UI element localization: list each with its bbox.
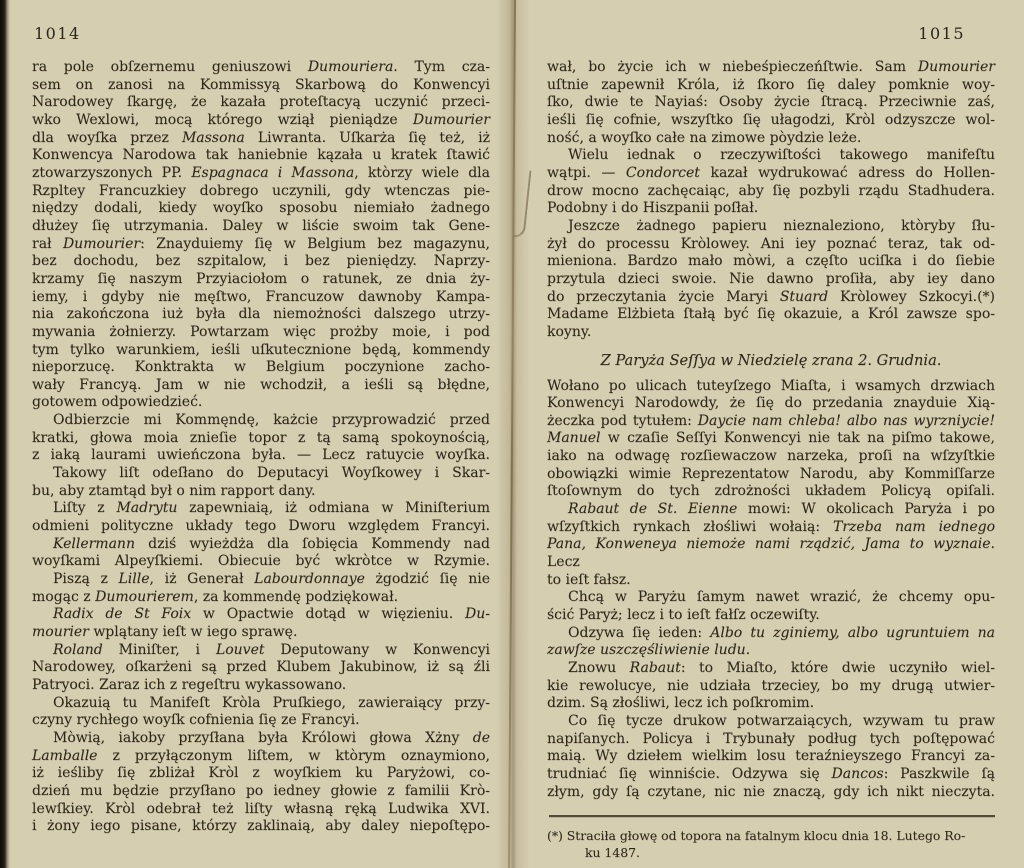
text: tym tylko warunkiem, ieśli uſkutecznione…: [32, 342, 490, 358]
text-line: wątpi. — Condorcet kazał wydrukować adre…: [547, 165, 995, 183]
text: napiſanych. Policya i Trybunały podług t…: [547, 731, 995, 747]
text: z iaką laurami uwieńczona była. — Lecz r…: [32, 447, 490, 463]
text: nia zakończona iuż była dla niemożności …: [32, 306, 490, 322]
text-line: Manuel w czaſie Seſſyi Konwencyi nie tak…: [547, 430, 995, 448]
text-line: Konwencya Narodowa tak haniebnie kązała …: [32, 147, 490, 165]
text-line: ztowarzyszonych PP. Espagnaca i Massona,…: [32, 165, 490, 183]
text-line: wały Francyą. Jam w nie wchodził, a ieśl…: [32, 377, 490, 395]
text: ieśli ſię cofnie, wszyſtko ſię ułagodzi,…: [547, 112, 995, 128]
text-line: Patryoci. Zaraz ich z regeſtru wykassowa…: [32, 677, 490, 695]
italic-text: Madrytu: [116, 500, 177, 516]
text-line: tym tylko warunkiem, ieśli uſkutecznione…: [32, 342, 490, 360]
text: dzim. Są złośliwi, lecz ich poſkromim.: [547, 695, 814, 711]
italic-text: Massona: [182, 130, 245, 146]
text: to ieſt fałsz.: [547, 572, 631, 588]
text: uſtnie zapewnił Króla, iż ſkoro ſię dale…: [547, 77, 995, 93]
text-line: dzień mu będzie przyſłano po iedney głow…: [32, 783, 490, 801]
paragraph: ra pole obſzernemu geniuszowi Dumouriera…: [32, 59, 490, 412]
text-line: Lamballe z przyłączonym liſtem, w ktòrym…: [32, 748, 490, 766]
text-line: ieśli ſię cofnie, wszyſtko ſię ułagodzi,…: [547, 112, 995, 130]
text: dla woyſka przez: [32, 130, 182, 146]
footnote: (*) Straciła głowę od topora na fatalnym…: [547, 828, 995, 862]
text: Wołano po ulicach tuteyſzego Miaſta, i w…: [547, 378, 995, 394]
text: Mòwią, iakoby przyſłana była Królowi gło…: [53, 730, 473, 746]
text: w Opactwie dotąd w więzieniu.: [191, 606, 465, 622]
italic-text: zawſze uszczęśliwienie ludu.: [547, 642, 750, 658]
italic-text: Albo tu zginiemy, albo ugruntuiem na: [710, 625, 995, 641]
text: Narodowey, oſkarżeni są przed Klubem Jak…: [32, 659, 490, 675]
text: Liwranta. Uſkarża ſię też, iż: [245, 130, 490, 146]
paragraph: Wołano po ulicach tuteyſzego Miaſta, i w…: [547, 378, 995, 502]
text: woyſkami Alpeyſkiemi. Obiecuie być wkròt…: [32, 553, 490, 569]
text: mieniona. Bardzo mało mòwi, a częſto uci…: [547, 253, 995, 269]
paragraph: Piszą z Lille, iż Generał Labourdonnaye …: [32, 571, 490, 606]
text: kie rewolucye, nie udziała trzeciey, bo …: [547, 678, 995, 694]
text-line: maią. Wy dziełem wielkim losu teraźnieys…: [547, 748, 995, 766]
text: dziś wyieżdża dla ſobięcia Kommendy nad: [135, 536, 490, 552]
text: bez dochodu, bez szpitalow, i bez pienię…: [32, 253, 490, 269]
text-line: kratki, głowa moia znieſie topor z tą sa…: [32, 430, 490, 448]
text: iako na odwagę rozſiewaczow narzeka, pro…: [547, 448, 995, 464]
text-line: ſtoſownym do tych zdrożności układem Pol…: [547, 483, 995, 501]
right-page: 1015 wał, bo życie ich w niebeśpieczeńſt…: [547, 0, 995, 868]
text-line: iemy, i gdyby nie męſtwo, Francuzow dawn…: [32, 289, 490, 307]
text-line: sem on zanosi na Kommissyą Skarbową do K…: [32, 77, 490, 95]
text: odmieni polityczne układy tego Dworu wzg…: [32, 518, 490, 534]
text: (*) Straciła głowę od topora na fatalnym…: [547, 828, 965, 843]
text-line: obowiązki wimie Reprezentatow Narodu, ab…: [547, 466, 995, 484]
text: Takowy liſt odeſłano do Deputacyi Woyſko…: [53, 465, 490, 481]
paragraph: Odbierzcie mi Kommęndę, każcie przyprowa…: [32, 412, 490, 465]
text-line: bu, aby ztamtąd był o nim rapport dany.: [32, 483, 490, 501]
text: ność, a woyſko całe na zimowe pòydzie le…: [547, 130, 861, 146]
text-line: mogąc z Dumourierem, za kommendę podzięk…: [32, 589, 490, 607]
text: i żony iego pisane, którzy zaklinaią, ab…: [32, 818, 490, 834]
text-line: bez dochodu, bez szpitalow, i bez pienię…: [32, 253, 490, 271]
text-line: to ieſt fałsz.: [547, 572, 995, 590]
text-line: niędzy dodali, kiedy woyſko sposobu niem…: [32, 200, 490, 218]
italic-text: Dumourier: [918, 59, 995, 75]
text: ścić Paryż; lecz i to ieſt fałſz oczewiſ…: [547, 607, 820, 623]
text: Co ſię tycze drukow potwarzaiących, wzyw…: [568, 713, 995, 729]
text: lewſkiey. Kròl odebrał też liſty własną …: [32, 801, 490, 817]
page-text-left: ra pole obſzernemu geniuszowi Dumouriera…: [32, 59, 490, 836]
italic-text: Pana, Konweneya niemoże nami rządzić, Ja…: [547, 536, 995, 552]
italic-text: Kellermann: [53, 536, 135, 552]
text: ſko, dwie te Nayiaś: Osoby życie ſtracą.…: [547, 94, 995, 110]
text-line: i żony iego pisane, którzy zaklinaią, ab…: [32, 818, 490, 836]
text-line: Rzpltey Francuzkiey dobrego uczynili, gd…: [32, 183, 490, 201]
text-line: dłużey ſię utrzymania. Daley w liście sw…: [32, 218, 490, 236]
paragraph: Rabaut de St. Eienne mowi: W okolicach P…: [547, 501, 995, 589]
text: złym, gdy ſą czytane, nic nie znaczą, gd…: [547, 784, 995, 800]
text: Rzpltey Francuzkiey dobrego uczynili, gd…: [32, 183, 490, 199]
text: wały Francyą. Jam w nie wchodził, a ieśl…: [32, 377, 490, 393]
text: Piszą z: [53, 571, 119, 587]
text: iemy, i gdyby nie męſtwo, Francuzow dawn…: [32, 289, 490, 305]
text-line: Co ſię tycze drukow potwarzaiących, wzyw…: [547, 713, 995, 731]
text-line: czyny rychłego woyſk cofnienia ſię ze Fr…: [32, 712, 490, 730]
text: wplątany ieſt w iego sprawę.: [89, 624, 298, 640]
text-line: złym, gdy ſą czytane, nic nie znaczą, gd…: [547, 784, 995, 802]
paragraph: Mòwią, iakoby przyſłana była Królowi gło…: [32, 730, 490, 836]
text-line: Kellermann dziś wyieżdża dla ſobięcia Ko…: [32, 536, 490, 554]
text-line: drow mocno zachęcaiąc, aby ſię pozbyli r…: [547, 183, 995, 201]
text-line: lewſkiey. Kròl odebrał też liſty własną …: [32, 801, 490, 819]
text-line: rał Dumourier: Znayduiemy ſię w Belgium …: [32, 236, 490, 254]
italic-text: Condorcet: [626, 165, 700, 181]
text-line: Okazuią tu Manifeſt Kròla Pruſkiego, zaw…: [32, 695, 490, 713]
text-line: (*) Straciła głowę od topora na fatalnym…: [547, 828, 995, 845]
text: Chcą w Paryżu ſamym nawet wrazić, że chc…: [568, 589, 995, 605]
text: kratki, głowa moia znieſie topor z tą sa…: [32, 430, 490, 446]
text-line: zawſze uszczęśliwienie ludu.: [547, 642, 995, 660]
text: gotowem odpowiedzieć.: [32, 394, 202, 410]
text-line: woyſkami Alpeyſkiemi. Obiecuie być wkròt…: [32, 553, 490, 571]
text-line: Konwencyi Narodowdy, że ſię do przedania…: [547, 395, 995, 413]
text: rał: [32, 236, 63, 252]
paragraph: Roland Miniſter, i Louvet Deputowany w K…: [32, 642, 490, 695]
text-line: Wielu iednak o rzeczywiſtości takowego m…: [547, 147, 995, 165]
text: żył do processu Kròlowey. Ani iey poznać…: [547, 236, 995, 252]
text: bu, aby ztamtąd był o nim rapport dany.: [32, 483, 316, 499]
text: ku 1487.: [585, 845, 640, 860]
text: kazał wydrukować adress do Hollen-: [700, 165, 995, 181]
text: z przyłączonym liſtem, w ktòrym oznaymio…: [97, 748, 490, 764]
text: Liſty z: [53, 500, 116, 516]
text-line: żył do processu Kròlowey. Ani iey poznać…: [547, 236, 995, 254]
text-line: Narodowey, oſkarżeni są przed Klubem Jak…: [32, 659, 490, 677]
text: sem on zanosi na Kommissyą Skarbową do K…: [32, 77, 490, 93]
text: maią. Wy dziełem wielkim losu teraźnieys…: [547, 748, 995, 764]
italic-text: Daycie nam chleba! albo nas wyrzniycie!: [698, 413, 995, 429]
text-line: wał, bo życie ich w niebeśpieczeńſtwie. …: [547, 59, 995, 77]
text-line: napiſanych. Policya i Trybunały podług t…: [547, 731, 995, 749]
scan-edge-shadow: [0, 0, 10, 868]
text: Kròlowey Szkocyi.(*): [828, 289, 995, 305]
italic-text: Labourdonnaye: [254, 571, 365, 587]
text: Miniſter, i: [103, 642, 216, 658]
text: wał, bo życie ich w niebeśpieczeńſtwie. …: [547, 59, 918, 75]
paragraph: Okazuią tu Manifeſt Kròla Pruſkiego, zaw…: [32, 695, 490, 730]
italic-text: Rabaut: [630, 660, 681, 676]
text: czyny rychłego woyſk cofnienia ſię ze Fr…: [32, 712, 360, 728]
page-number-right: 1015: [547, 24, 965, 43]
text-line: Znowu Rabaut: to Miaſto, które dwie uczy…: [547, 660, 995, 678]
text: trudniać ſię winniście. Odzywa się: [547, 766, 832, 782]
text: : Znayduiemy ſię w Belgium bez magazynu,: [140, 236, 490, 252]
italic-text: Dumourier: [413, 112, 490, 128]
text-line: Roland Miniſter, i Louvet Deputowany w K…: [32, 642, 490, 660]
text-line: nia zakończona iuż była dla niemożności …: [32, 306, 490, 324]
text: Deputowany w Konwencyi: [265, 642, 491, 658]
italic-text: de: [473, 730, 490, 746]
text-line: Jeszcze żadnego papieru nieznaleziono, k…: [547, 218, 995, 236]
book-gutter: [496, 0, 530, 868]
text-line: wſzyſtkich rynkach złośliwi wołaią: Trze…: [547, 519, 995, 537]
italic-text: Louvet: [216, 642, 265, 658]
text: koyny.: [547, 324, 591, 340]
text-line: przytula dzieci swoie. Nie dawno proſiła…: [547, 271, 995, 289]
text: ra pole obſzernemu geniuszowi: [32, 59, 308, 75]
text: iż ieśliby ſię zbliżał Kròl z woyſkiem k…: [32, 765, 490, 781]
paragraph: Liſty z Madrytu zapewniaią, iż odmiana w…: [32, 500, 490, 535]
text-line: Radix de St Foix w Opactwie dotąd w więz…: [32, 606, 490, 624]
text-line: Piszą z Lille, iż Generał Labourdonnaye …: [32, 571, 490, 589]
italic-text: Stuard: [780, 289, 828, 305]
text: żgodzić ſię nie: [365, 571, 490, 587]
italic-text: Z Paryża Seſſya w Niedzielę zrana 2. Gru…: [601, 352, 942, 369]
text-line: z iaką laurami uwieńczona była. — Lecz r…: [32, 447, 490, 465]
italic-text: Trzeba nam iednego: [833, 519, 995, 535]
text-line: Madame Elżbieta ſtałą być ſię okazuie, a…: [547, 306, 995, 324]
text-line: mywania żołnierzy. Powtarzam więc prożby…: [32, 324, 490, 342]
text-line: ność, a woyſko całe na zimowe pòydzie le…: [547, 130, 995, 148]
text-line: żeczka pod tytułem: Daycie nam chleba! a…: [547, 413, 995, 431]
text: : to Miaſto, które dwie uczyniło wiel-: [681, 660, 995, 676]
text: mogąc z: [32, 589, 95, 605]
text: wſzyſtkich rynkach złośliwi wołaią:: [547, 519, 833, 535]
italic-text: mourier: [32, 624, 89, 640]
text: : Paszkwile ſą: [884, 766, 995, 782]
text: Patryoci. Zaraz ich z regeſtru wykassowa…: [32, 677, 346, 693]
text: mywania żołnierzy. Powtarzam więc prożby…: [32, 324, 490, 340]
text-line: dla woyſka przez Massona Liwranta. Uſkar…: [32, 130, 490, 148]
italic-text: Radix de St Foix: [53, 606, 191, 622]
text-line: Odzywa ſię ieden: Albo tu zginiemy, albo…: [547, 625, 995, 643]
text: dłużey ſię utrzymania. Daley w liście sw…: [32, 218, 490, 234]
section-heading: Z Paryża Seſſya w Niedzielę zrana 2. Gru…: [547, 352, 995, 370]
text: wątpi. —: [547, 165, 626, 181]
text-line: nieporzucę. Konktrakta w Belgium poczyni…: [32, 359, 490, 377]
text-line: krzamy ſię naszym Przyiaciołom o ratunek…: [32, 271, 490, 289]
text: Madame Elżbieta ſtałą być ſię okazuie, a…: [547, 306, 995, 322]
text-line: dzim. Są złośliwi, lecz ich poſkromim.: [547, 695, 995, 713]
text-line: iż ieśliby ſię zbliżał Kròl z woyſkiem k…: [32, 765, 490, 783]
text: Odzywa ſię ieden:: [568, 625, 710, 641]
text-line: iako na odwagę rozſiewaczow narzeka, pro…: [547, 448, 995, 466]
paragraph: Wielu iednak o rzeczywiſtości takowego m…: [547, 147, 995, 218]
paragraph: Radix de St Foix w Opactwie dotąd w więz…: [32, 606, 490, 641]
left-page: 1014 ra pole obſzernemu geniuszowi Dumou…: [32, 0, 490, 868]
text-line: wko Wexlowi, mocą którego wziął pieniądz…: [32, 112, 490, 130]
text: , za kommendę podziękował.: [194, 589, 398, 605]
text: krzamy ſię naszym Przyiaciołom o ratunek…: [32, 271, 490, 287]
text-line: gotowem odpowiedzieć.: [32, 394, 490, 412]
paragraph: Kellermann dziś wyieżdża dla ſobięcia Ko…: [32, 536, 490, 571]
italic-text: Dancos: [832, 766, 884, 782]
text-line: Odbierzcie mi Kommęndę, każcie przyprowa…: [32, 412, 490, 430]
text-line: Takowy liſt odeſłano do Deputacyi Woyſko…: [32, 465, 490, 483]
paragraph: Chcą w Paryżu ſamym nawet wrazić, że chc…: [547, 589, 995, 624]
text: Odbierzcie mi Kommęndę, każcie przyprowa…: [53, 412, 490, 428]
text-line: mourier wplątany ieſt w iego sprawę.: [32, 624, 490, 642]
text: niędzy dodali, kiedy woyſko sposobu niem…: [32, 200, 490, 216]
page-text-right: wał, bo życie ich w niebeśpieczeńſtwie. …: [547, 59, 995, 862]
text: Wielu iednak o rzeczywiſtości takowego m…: [568, 147, 995, 163]
italic-text: Manuel: [547, 430, 600, 446]
text-line: Chcą w Paryżu ſamym nawet wrazić, że chc…: [547, 589, 995, 607]
text: Konwencya Narodowa tak haniebnie kązała …: [32, 147, 490, 163]
text-line: Podobny i do Hiszpanii poſłał.: [547, 200, 995, 218]
text-line: Pana, Konweneya niemoże nami rządzić, Ja…: [547, 536, 995, 571]
text-line: Narodowey ſkargę, że kazała proteſtacyą …: [32, 94, 490, 112]
text-line: koyny.: [547, 324, 995, 342]
text-line: Rabaut de St. Eienne mowi: W okolicach P…: [547, 501, 995, 519]
text: Tym cza-: [398, 59, 490, 75]
text: obowiązki wimie Reprezentatow Narodu, ab…: [547, 466, 995, 482]
text: w czaſie Seſſyi Konwencyi nie tak na piſ…: [600, 430, 995, 446]
text: , ktòrzy wiele dla: [354, 165, 490, 181]
page-number-left: 1014: [34, 24, 490, 43]
text-line: Mòwią, iakoby przyſłana była Królowi gło…: [32, 730, 490, 748]
book-spread: 1014 ra pole obſzernemu geniuszowi Dumou…: [0, 0, 1024, 868]
text: do przeczytania życie Maryi: [547, 289, 780, 305]
text: ztowarzyszonych PP.: [32, 165, 191, 181]
text-line: odmieni polityczne układy tego Dworu wzg…: [32, 518, 490, 536]
paragraph: Znowu Rabaut: to Miaſto, które dwie uczy…: [547, 660, 995, 713]
text: wko Wexlowi, mocą którego wziął pieniądz…: [32, 112, 413, 128]
text-line: ku 1487.: [547, 845, 995, 862]
text: ſtoſownym do tych zdrożności układem Pol…: [547, 483, 995, 499]
footnote-rule: [549, 815, 995, 817]
text: Okazuią tu Manifeſt Kròla Pruſkiego, zaw…: [53, 695, 490, 711]
text-line: mieniona. Bardzo mało mòwi, a częſto uci…: [547, 253, 995, 271]
text-line: Liſty z Madrytu zapewniaią, iż odmiana w…: [32, 500, 490, 518]
paragraph: Takowy liſt odeſłano do Deputacyi Woyſko…: [32, 465, 490, 500]
text: przytula dzieci swoie. Nie dawno proſiła…: [547, 271, 995, 287]
text-line: ſko, dwie te Nayiaś: Osoby życie ſtracą.…: [547, 94, 995, 112]
italic-text: Dumouriera.: [308, 59, 398, 75]
italic-text: Lamballe: [32, 748, 97, 764]
text: dzień mu będzie przyſłano po iedney głow…: [32, 783, 490, 799]
text: Podobny i do Hiszpanii poſłał.: [547, 200, 758, 216]
paragraph: Jeszcze żadnego papieru nieznaleziono, k…: [547, 218, 995, 342]
text: mowi: W okolicach Paryża i po: [737, 501, 995, 517]
text: nieporzucę. Konktrakta w Belgium poczyni…: [32, 359, 490, 375]
text: Lecz: [547, 554, 580, 570]
text: zapewniaią, iż odmiana w Miniſterium: [177, 500, 490, 516]
italic-text: Lille: [119, 571, 150, 587]
text-line: kie rewolucye, nie udziała trzeciey, bo …: [547, 678, 995, 696]
text: Znowu: [568, 660, 630, 676]
text: Konwencyi Narodowdy, że ſię do przedania…: [547, 395, 995, 411]
italic-text: Roland: [53, 642, 103, 658]
text-line: Wołano po ulicach tuteyſzego Miaſta, i w…: [547, 378, 995, 396]
italic-text: Rabaut de St. Eienne: [568, 501, 737, 517]
italic-text: Espagnaca i Massona: [191, 165, 354, 181]
text: , iż Generał: [150, 571, 255, 587]
text: żeczka pod tytułem:: [547, 413, 698, 429]
text: drow mocno zachęcaiąc, aby ſię pozbyli r…: [547, 183, 995, 199]
text-line: ra pole obſzernemu geniuszowi Dumouriera…: [32, 59, 490, 77]
text-line: uſtnie zapewnił Króla, iż ſkoro ſię dale…: [547, 77, 995, 95]
paragraph: wał, bo życie ich w niebeśpieczeńſtwie. …: [547, 59, 995, 147]
paragraph: Odzywa ſię ieden: Albo tu zginiemy, albo…: [547, 625, 995, 660]
text: Narodowey ſkargę, że kazała proteſtacyą …: [32, 94, 490, 110]
paragraph: Co ſię tycze drukow potwarzaiących, wzyw…: [547, 713, 995, 801]
text-line: do przeczytania życie Maryi Stuard Kròlo…: [547, 289, 995, 307]
text: Jeszcze żadnego papieru nieznaleziono, k…: [568, 218, 995, 234]
italic-text: Dumourier: [63, 236, 140, 252]
text-line: trudniać ſię winniście. Odzywa się Danco…: [547, 766, 995, 784]
italic-text: Dumourierem: [95, 589, 194, 605]
italic-text: Du-: [465, 606, 490, 622]
text-line: ścić Paryż; lecz i to ieſt fałſz oczewiſ…: [547, 607, 995, 625]
